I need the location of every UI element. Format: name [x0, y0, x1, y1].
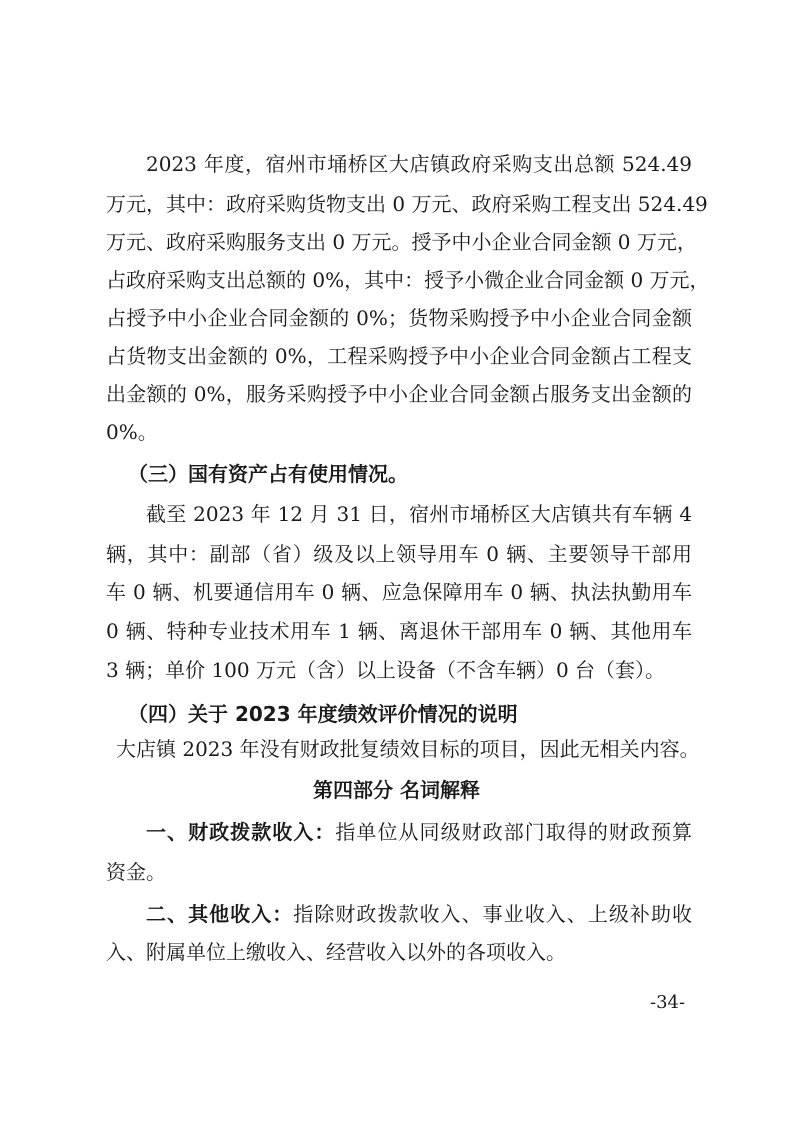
assets-line: 0 辆、特种专业技术用车 1 辆、离退休干部用车 0 辆、其他用车 — [106, 617, 692, 645]
term-label: 二、其他收入： — [146, 902, 293, 926]
assets-line: 车 0 辆、机要通信用车 0 辆、应急保障用车 0 辆、执法执勤用车 — [106, 578, 692, 606]
term-definition: 二、其他收入：指除财政拨款收入、事业收入、上级补助收 — [146, 900, 692, 928]
term-text-continued: 入、附属单位上缴收入、经营收入以外的各项收入。 — [106, 938, 692, 966]
term-definition: 一、财政拨款收入：指单位从同级财政部门取得的财政预算 — [146, 818, 692, 846]
procurement-line: 出金额的 0%，服务采购授予中小企业合同金额占服务支出金额的 — [106, 380, 692, 408]
assets-line: 辆，其中：副部（省）级及以上领导用车 0 辆、主要领导干部用 — [106, 540, 692, 568]
procurement-line: 占授予中小企业合同金额的 0%；货物采购授予中小企业合同金额 — [106, 304, 692, 332]
section-heading-performance: （四）关于 2023 年度绩效评价情况的说明 — [128, 700, 688, 728]
part-title: 第四部分 名词解释 — [0, 776, 793, 804]
procurement-line: 占货物支出金额的 0%，工程采购授予中小企业合同金额占工程支 — [106, 342, 692, 370]
performance-line: 大店镇 2023 年没有财政批复绩效目标的项目，因此无相关内容。 — [116, 735, 696, 763]
procurement-line: 万元，其中：政府采购货物支出 0 万元、政府采购工程支出 524.49 — [106, 190, 692, 218]
procurement-line: 0%。 — [106, 418, 692, 446]
term-text: 指单位从同级财政部门取得的财政预算 — [335, 820, 692, 844]
assets-line: 截至 2023 年 12 月 31 日，宿州市埇桥区大店镇共有车辆 4 — [146, 500, 692, 528]
section-heading-assets: （三）国有资产占有使用情况。 — [128, 460, 674, 488]
procurement-line: 占政府采购支出总额的 0%，其中：授予小微企业合同金额 0 万元， — [106, 266, 692, 294]
assets-line: 3 辆；单价 100 万元（含）以上设备（不含车辆）0 台（套）。 — [106, 656, 692, 684]
document-page: 2023 年度，宿州市埇桥区大店镇政府采购支出总额 524.49 万元，其中：政… — [0, 0, 793, 1122]
term-text-continued: 资金。 — [106, 858, 692, 886]
term-text: 指除财政拨款收入、事业收入、上级补助收 — [293, 902, 692, 926]
page-number: -34- — [650, 992, 685, 1013]
procurement-line: 2023 年度，宿州市埇桥区大店镇政府采购支出总额 524.49 — [146, 150, 692, 178]
term-label: 一、财政拨款收入： — [146, 820, 335, 844]
procurement-line: 万元、政府采购服务支出 0 万元。授予中小企业合同金额 0 万元， — [106, 228, 692, 256]
